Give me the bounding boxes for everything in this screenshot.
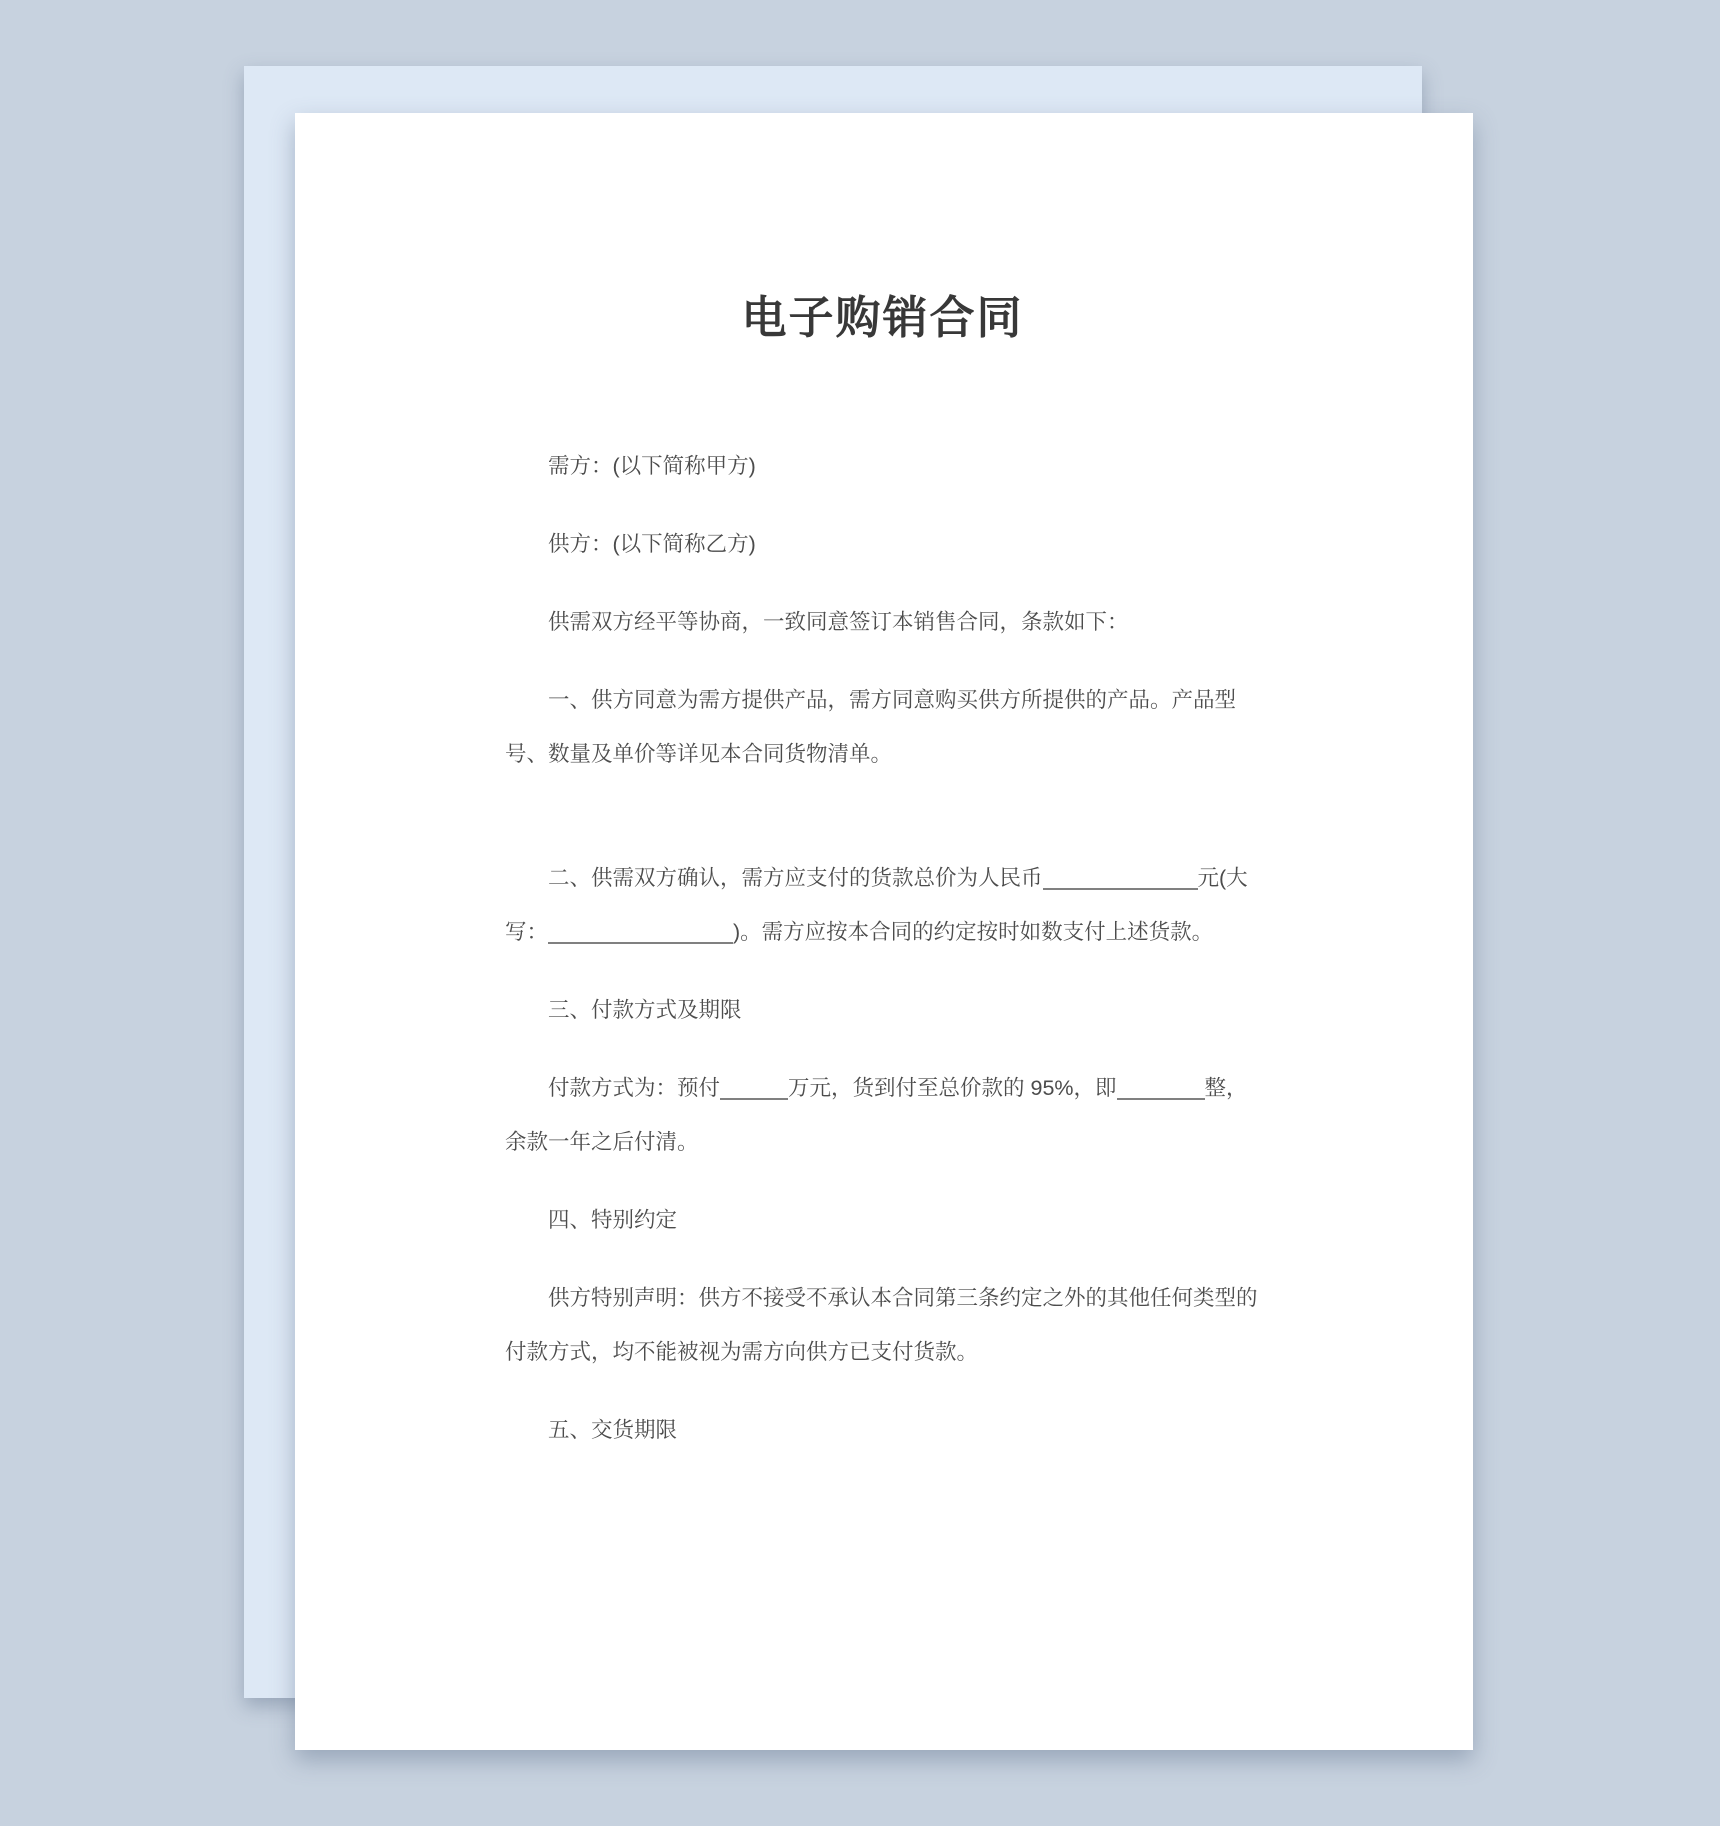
contract-body: 需方：(以下简称甲方)供方：(以下简称乙方)供需双方经平等协商，一致同意签订本销…	[505, 439, 1260, 1457]
blank-underline-field	[1117, 1076, 1205, 1100]
paragraph-clause-1: 一、供方同意为需方提供产品，需方同意购买供方所提供的产品。产品型号、数量及单价等…	[505, 673, 1260, 781]
text-segment: 付款方式为：预付	[548, 1076, 720, 1100]
paragraph-clause-3-body: 付款方式为：预付万元，货到付至总价款的 95%，即整，余款一年之后付清。	[505, 1061, 1260, 1169]
text-segment: )。需方应按本合同的约定按时如数支付上述货款。	[733, 920, 1213, 944]
paragraph-party-seller: 供方：(以下简称乙方)	[505, 517, 1260, 571]
paragraph-clause-5-heading: 五、交货期限	[505, 1403, 1260, 1457]
document-preview-background: 电子购销合同 需方：(以下简称甲方)供方：(以下简称乙方)供需双方经平等协商，一…	[0, 0, 1720, 1826]
paragraph-clause-3-heading: 三、付款方式及期限	[505, 983, 1260, 1037]
blank-underline-field	[1043, 866, 1198, 890]
paragraph-clause-4-body: 供方特别声明：供方不接受不承认本合同第三条约定之外的其他任何类型的付款方式，均不…	[505, 1271, 1260, 1379]
paragraph-clause-4-heading: 四、特别约定	[505, 1193, 1260, 1247]
text-segment: 供方特别声明：供方不接受不承认本合同第三条约定之外的其他任何类型的付款方式，均不…	[505, 1286, 1258, 1364]
text-segment: 四、特别约定	[548, 1208, 677, 1232]
blank-underline-field	[720, 1076, 788, 1100]
blank-underline-field	[548, 920, 733, 944]
text-segment: 万元，货到付至总价款的 95%，即	[788, 1076, 1117, 1100]
text-segment: 供需双方经平等协商，一致同意签订本销售合同，条款如下：	[548, 610, 1129, 634]
text-segment: 二、供需双方确认，需方应支付的货款总价为人民币	[548, 866, 1043, 890]
paragraph-clause-2: 二、供需双方确认，需方应支付的货款总价为人民币元(大写：)。需方应按本合同的约定…	[505, 851, 1260, 959]
contract-title: 电子购销合同	[505, 285, 1260, 351]
paragraph-party-buyer: 需方：(以下简称甲方)	[505, 439, 1260, 493]
text-segment: 供方：(以下简称乙方)	[548, 532, 756, 556]
text-segment: 三、付款方式及期限	[548, 998, 742, 1022]
paragraph-preamble: 供需双方经平等协商，一致同意签订本销售合同，条款如下：	[505, 595, 1260, 649]
text-segment: 一、供方同意为需方提供产品，需方同意购买供方所提供的产品。产品型号、数量及单价等…	[505, 688, 1236, 766]
text-segment: 需方：(以下简称甲方)	[548, 454, 756, 478]
text-segment: 五、交货期限	[548, 1418, 677, 1442]
contract-page: 电子购销合同 需方：(以下简称甲方)供方：(以下简称乙方)供需双方经平等协商，一…	[295, 113, 1473, 1750]
